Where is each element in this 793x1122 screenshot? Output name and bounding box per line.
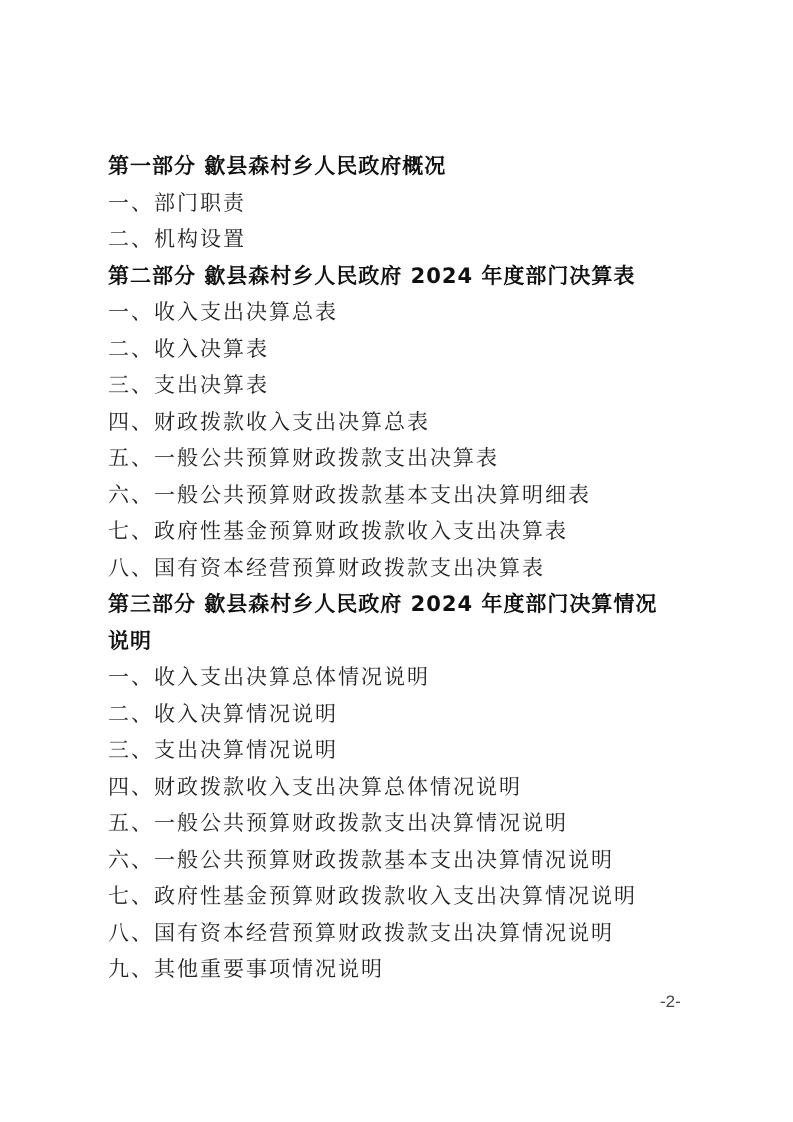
toc-item: 八、国有资本经营预算财政拨款支出决算情况说明 bbox=[108, 915, 708, 952]
toc-item: 一、收入支出决算总表 bbox=[108, 294, 708, 331]
toc-item: 四、财政拨款收入支出决算总体情况说明 bbox=[108, 769, 708, 806]
toc-heading-part-3-cont: 说明 bbox=[108, 623, 708, 660]
toc-item: 九、其他重要事项情况说明 bbox=[108, 951, 708, 988]
toc-item: 二、机构设置 bbox=[108, 221, 708, 258]
toc-item: 一、收入支出决算总体情况说明 bbox=[108, 659, 708, 696]
toc-item: 三、支出决算情况说明 bbox=[108, 732, 708, 769]
toc-item: 六、一般公共预算财政拨款基本支出决算明细表 bbox=[108, 477, 708, 514]
toc-heading-part-3: 第三部分 歙县森村乡人民政府 2024 年度部门决算情况 bbox=[108, 586, 708, 623]
toc-item: 三、支出决算表 bbox=[108, 367, 708, 404]
page-number: -2- bbox=[660, 992, 681, 1012]
toc-item: 二、收入决算情况说明 bbox=[108, 696, 708, 733]
toc-item: 二、收入决算表 bbox=[108, 331, 708, 368]
toc-item: 五、一般公共预算财政拨款支出决算情况说明 bbox=[108, 805, 708, 842]
toc-item: 四、财政拨款收入支出决算总表 bbox=[108, 404, 708, 441]
table-of-contents: 第一部分 歙县森村乡人民政府概况 一、部门职责 二、机构设置 第二部分 歙县森村… bbox=[108, 148, 708, 988]
toc-heading-part-2: 第二部分 歙县森村乡人民政府 2024 年度部门决算表 bbox=[108, 258, 708, 295]
toc-item: 五、一般公共预算财政拨款支出决算表 bbox=[108, 440, 708, 477]
toc-heading-part-1: 第一部分 歙县森村乡人民政府概况 bbox=[108, 148, 708, 185]
toc-item: 七、政府性基金预算财政拨款收入支出决算情况说明 bbox=[108, 878, 708, 915]
toc-item: 六、一般公共预算财政拨款基本支出决算情况说明 bbox=[108, 842, 708, 879]
toc-item: 一、部门职责 bbox=[108, 185, 708, 222]
toc-item: 八、国有资本经营预算财政拨款支出决算表 bbox=[108, 550, 708, 587]
toc-item: 七、政府性基金预算财政拨款收入支出决算表 bbox=[108, 513, 708, 550]
